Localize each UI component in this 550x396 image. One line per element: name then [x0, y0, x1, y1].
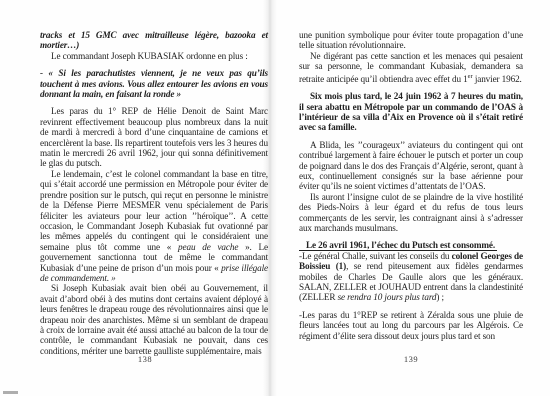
text-segment-italic: se rendra 10 jours plus tard [338, 292, 437, 302]
book-spread: tracks et 15 GMC avec mitrailleuse légèr… [0, 0, 550, 396]
text-segment: janvier 1962. [473, 74, 522, 84]
scan-artifact [3, 391, 18, 394]
section-heading-text: Le 26 avril 1961, l’échec du Putsch est … [299, 240, 497, 251]
page-number-left: 138 [40, 354, 250, 364]
right-page: une punition symbolique pour éviter tout… [299, 30, 523, 341]
paragraph-continuation: une punition symbolique pour éviter tout… [299, 30, 523, 51]
section-heading: Le 26 avril 1961, l’échec du Putsch est … [299, 240, 523, 250]
text-segment: ) ; [436, 292, 444, 302]
paragraph: Les paras du 1° REP de Hélie Denoit de S… [40, 106, 268, 168]
text-segment: Le lendemain, c’est le colonel commandan… [40, 169, 268, 252]
paragraph: Ils auront l’insigne culot de se plaindr… [299, 192, 523, 234]
paragraph: Ne digérant pas cette sanction et les me… [299, 51, 523, 84]
left-page: tracks et 15 GMC avec mitrailleuse légèr… [40, 30, 268, 356]
paragraph-continuation: tracks et 15 GMC avec mitrailleuse légèr… [40, 30, 268, 51]
paragraph: -Le général Challe, suivant les conseils… [299, 251, 523, 303]
scanned-book-page: { "book": { "left_page": { "number": "13… [0, 0, 550, 396]
quote-paragraph: - « Si les parachutistes viennent, je ne… [40, 68, 268, 99]
paragraph: Si Joseph Kubasiak avait bien obéi au Go… [40, 283, 268, 356]
text-segment: -Le général Challe, suivant les conseils… [299, 251, 452, 261]
page-number-right: 139 [299, 354, 523, 364]
paragraph: Le lendemain, c’est le colonel commandan… [40, 169, 268, 283]
emphasis-paragraph: Six mois plus tard, le 24 juin 1962 à 7 … [299, 91, 523, 133]
paragraph: -Les paras du 1°REP se retirent à Zérald… [299, 310, 523, 341]
text-segment-italic: peau de vache [178, 242, 238, 252]
paragraph: Le commandant Joseph KUBASIAK ordonne en… [40, 51, 268, 61]
paragraph: A Blida, les ’’courageux’’ aviateurs du … [299, 140, 523, 192]
